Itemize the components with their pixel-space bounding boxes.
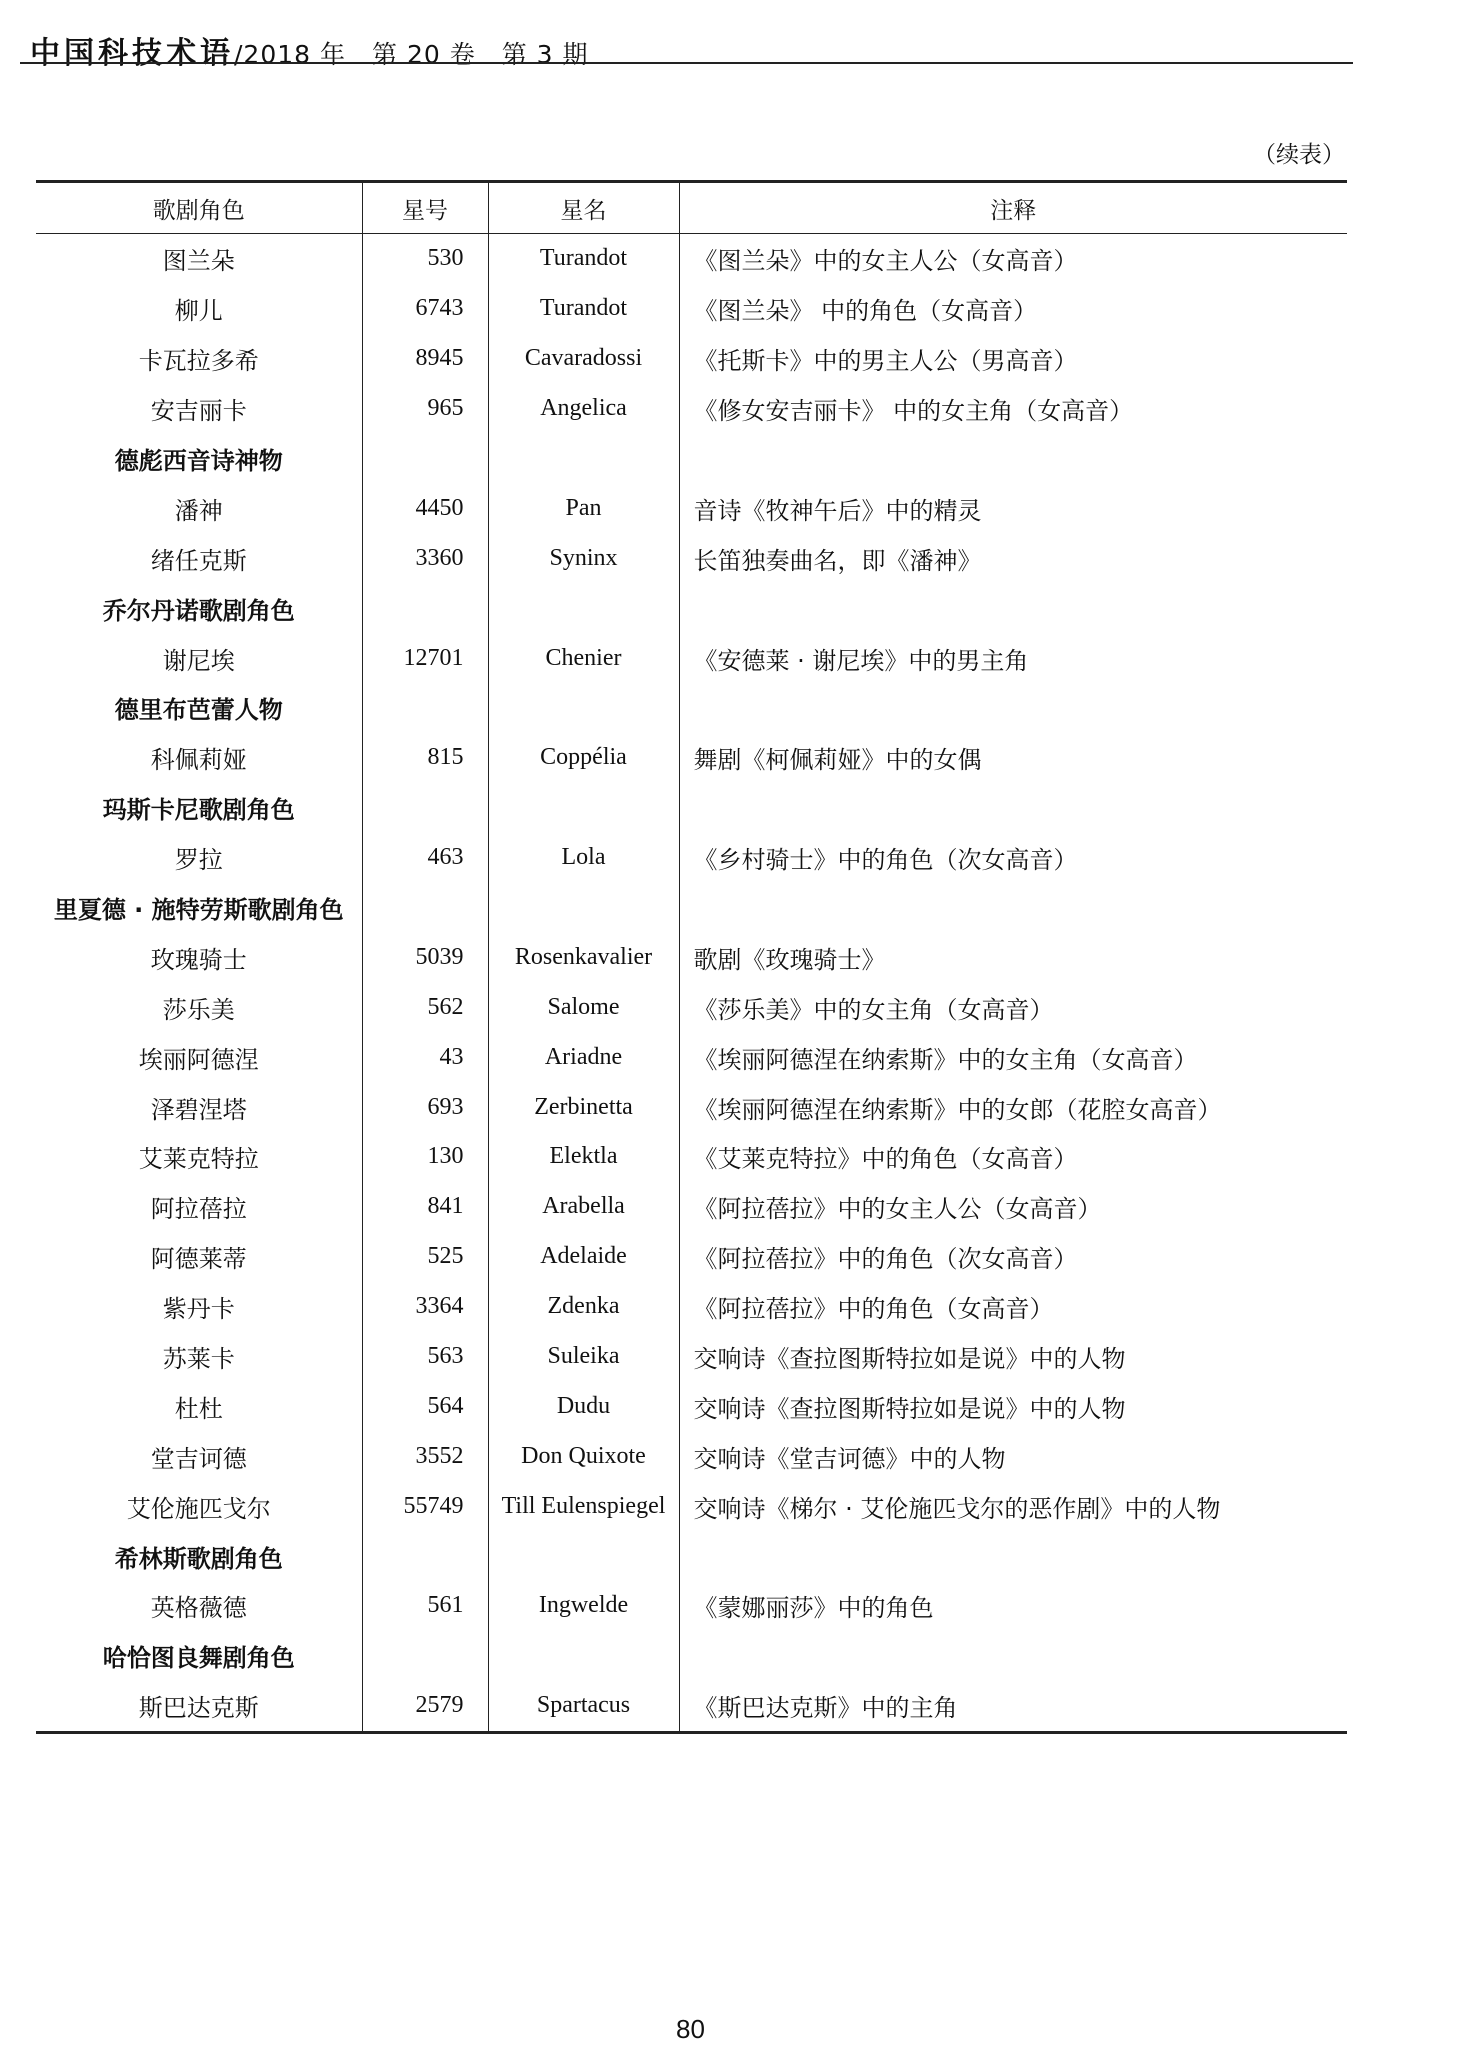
cell-name: Cavaradossi	[488, 334, 679, 384]
cell-role: 德彪西音诗神物	[36, 434, 362, 484]
cell-name	[488, 1531, 679, 1581]
cell-note: 《阿拉蓓拉》中的角色（次女高音）	[679, 1232, 1347, 1282]
cell-note: 《托斯卡》中的男主人公（男高音）	[679, 334, 1347, 384]
cell-note: 交响诗《查拉图斯特拉如是说》中的人物	[679, 1381, 1347, 1431]
cell-role: 阿德莱蒂	[36, 1232, 362, 1282]
cell-number: 4450	[362, 483, 488, 533]
table-row: 玫瑰骑士5039Rosenkavalier歌剧《玫瑰骑士》	[36, 932, 1347, 982]
cell-role: 泽碧涅塔	[36, 1082, 362, 1132]
cell-role: 杜杜	[36, 1381, 362, 1431]
cell-note: 歌剧《玫瑰骑士》	[679, 932, 1347, 982]
cell-role: 斯巴达克斯	[36, 1681, 362, 1732]
opera-asteroid-table: 歌剧角色 星号 星名 注释 图兰朵530Turandot《图兰朵》中的女主人公（…	[36, 180, 1347, 1734]
cell-number	[362, 683, 488, 733]
cell-name: Arabella	[488, 1182, 679, 1232]
cell-note: 《斯巴达克斯》中的主角	[679, 1681, 1347, 1732]
cell-note: 《阿拉蓓拉》中的角色（女高音）	[679, 1282, 1347, 1332]
cell-role: 乔尔丹诺歌剧角色	[36, 583, 362, 633]
cell-note	[679, 883, 1347, 933]
table-group-row: 德彪西音诗神物	[36, 434, 1347, 484]
table-row: 泽碧涅塔693Zerbinetta《埃丽阿德涅在纳索斯》中的女郎（花腔女高音）	[36, 1082, 1347, 1132]
continued-label: （续表）	[1253, 136, 1345, 169]
cell-note: 长笛独奏曲名，即《潘神》	[679, 533, 1347, 583]
cell-number: 525	[362, 1232, 488, 1282]
cell-number: 530	[362, 234, 488, 284]
table-row: 卡瓦拉多希8945Cavaradossi《托斯卡》中的男主人公（男高音）	[36, 334, 1347, 384]
cell-number: 3360	[362, 533, 488, 583]
cell-role: 玫瑰骑士	[36, 932, 362, 982]
cell-number: 55749	[362, 1481, 488, 1531]
cell-number: 562	[362, 982, 488, 1032]
cell-role: 堂吉诃德	[36, 1431, 362, 1481]
cell-name: Syninx	[488, 533, 679, 583]
table-body: 图兰朵530Turandot《图兰朵》中的女主人公（女高音）柳儿6743Tura…	[36, 234, 1347, 1733]
cell-role: 科佩莉娅	[36, 733, 362, 783]
cell-number: 2579	[362, 1681, 488, 1732]
column-header-role: 歌剧角色	[36, 182, 362, 234]
table-row: 紫丹卡3364Zdenka《阿拉蓓拉》中的角色（女高音）	[36, 1282, 1347, 1332]
cell-note: 《图兰朵》中的女主人公（女高音）	[679, 234, 1347, 284]
cell-number: 841	[362, 1182, 488, 1232]
table-group-row: 玛斯卡尼歌剧角色	[36, 783, 1347, 833]
cell-number: 12701	[362, 633, 488, 683]
table-row: 罗拉463Lola《乡村骑士》中的角色（次女高音）	[36, 833, 1347, 883]
cell-number: 564	[362, 1381, 488, 1431]
cell-note	[679, 583, 1347, 633]
table-row: 柳儿6743Turandot《图兰朵》 中的角色（女高音）	[36, 284, 1347, 334]
table-row: 莎乐美562Salome《莎乐美》中的女主角（女高音）	[36, 982, 1347, 1032]
cell-name: Coppélia	[488, 733, 679, 783]
cell-number: 561	[362, 1581, 488, 1631]
cell-name: Ariadne	[488, 1032, 679, 1082]
table-group-row: 希林斯歌剧角色	[36, 1531, 1347, 1581]
cell-number: 693	[362, 1082, 488, 1132]
cell-name: Turandot	[488, 234, 679, 284]
cell-note: 《艾莱克特拉》中的角色（女高音）	[679, 1132, 1347, 1182]
table-row: 绪任克斯3360Syninx长笛独奏曲名，即《潘神》	[36, 533, 1347, 583]
cell-number: 3552	[362, 1431, 488, 1481]
cell-number: 563	[362, 1332, 488, 1382]
cell-name: Salome	[488, 982, 679, 1032]
cell-name: Dudu	[488, 1381, 679, 1431]
cell-number: 463	[362, 833, 488, 883]
cell-note: 交响诗《梯尔 · 艾伦施匹戈尔的恶作剧》中的人物	[679, 1481, 1347, 1531]
cell-number: 815	[362, 733, 488, 783]
column-header-note: 注释	[679, 182, 1347, 234]
cell-role: 莎乐美	[36, 982, 362, 1032]
cell-note: 交响诗《查拉图斯特拉如是说》中的人物	[679, 1332, 1347, 1382]
cell-note	[679, 1531, 1347, 1581]
journal-title: 中国科技术语	[30, 28, 234, 72]
cell-role: 英格薇德	[36, 1581, 362, 1631]
table-group-row: 德里布芭蕾人物	[36, 683, 1347, 733]
cell-role: 安吉丽卡	[36, 384, 362, 434]
table-row: 斯巴达克斯2579Spartacus《斯巴达克斯》中的主角	[36, 1681, 1347, 1732]
table-row: 苏莱卡563Suleika交响诗《查拉图斯特拉如是说》中的人物	[36, 1332, 1347, 1382]
cell-role: 紫丹卡	[36, 1282, 362, 1332]
cell-name: Rosenkavalier	[488, 932, 679, 982]
cell-name: Till Eulenspiegel	[488, 1481, 679, 1531]
cell-role: 玛斯卡尼歌剧角色	[36, 783, 362, 833]
cell-note	[679, 783, 1347, 833]
cell-role: 埃丽阿德涅	[36, 1032, 362, 1082]
cell-name: Turandot	[488, 284, 679, 334]
cell-name	[488, 683, 679, 733]
cell-note	[679, 1631, 1347, 1681]
cell-name: Zerbinetta	[488, 1082, 679, 1132]
cell-note: 《图兰朵》 中的角色（女高音）	[679, 284, 1347, 334]
cell-name: Pan	[488, 483, 679, 533]
cell-number: 43	[362, 1032, 488, 1082]
cell-note: 交响诗《堂吉诃德》中的人物	[679, 1431, 1347, 1481]
cell-number: 8945	[362, 334, 488, 384]
cell-role: 里夏德 · 施特劳斯歌剧角色	[36, 883, 362, 933]
cell-number	[362, 1631, 488, 1681]
cell-name: Ingwelde	[488, 1581, 679, 1631]
cell-number: 3364	[362, 1282, 488, 1332]
cell-name: Don Quixote	[488, 1431, 679, 1481]
table-row: 堂吉诃德3552Don Quixote交响诗《堂吉诃德》中的人物	[36, 1431, 1347, 1481]
table-group-row: 哈恰图良舞剧角色	[36, 1631, 1347, 1681]
cell-name	[488, 1631, 679, 1681]
cell-note: 音诗《牧神午后》中的精灵	[679, 483, 1347, 533]
issue-info: /2018 年 第 20 卷 第 3 期	[234, 35, 589, 71]
table-row: 图兰朵530Turandot《图兰朵》中的女主人公（女高音）	[36, 234, 1347, 284]
cell-name	[488, 434, 679, 484]
cell-role: 苏莱卡	[36, 1332, 362, 1382]
cell-name: Elektla	[488, 1132, 679, 1182]
header-rule	[20, 62, 1353, 64]
table-group-row: 乔尔丹诺歌剧角色	[36, 583, 1347, 633]
cell-note: 《埃丽阿德涅在纳索斯》中的女郎（花腔女高音）	[679, 1082, 1347, 1132]
cell-note: 《阿拉蓓拉》中的女主人公（女高音）	[679, 1182, 1347, 1232]
cell-note: 《埃丽阿德涅在纳索斯》中的女主角（女高音）	[679, 1032, 1347, 1082]
table-row: 艾伦施匹戈尔55749Till Eulenspiegel交响诗《梯尔 · 艾伦施…	[36, 1481, 1347, 1531]
cell-number	[362, 583, 488, 633]
table-row: 潘神4450Pan音诗《牧神午后》中的精灵	[36, 483, 1347, 533]
cell-number: 130	[362, 1132, 488, 1182]
cell-role: 潘神	[36, 483, 362, 533]
cell-name: Zdenka	[488, 1282, 679, 1332]
cell-name: Spartacus	[488, 1681, 679, 1732]
cell-note: 《修女安吉丽卡》 中的女主角（女高音）	[679, 384, 1347, 434]
table-row: 英格薇德561Ingwelde《蒙娜丽莎》中的角色	[36, 1581, 1347, 1631]
cell-note: 《蒙娜丽莎》中的角色	[679, 1581, 1347, 1631]
cell-role: 绪任克斯	[36, 533, 362, 583]
cell-name: Angelica	[488, 384, 679, 434]
cell-role: 阿拉蓓拉	[36, 1182, 362, 1232]
table-row: 科佩莉娅815Coppélia舞剧《柯佩莉娅》中的女偶	[36, 733, 1347, 783]
table-row: 谢尼埃12701Chenier《安德莱 · 谢尼埃》中的男主角	[36, 633, 1347, 683]
cell-role: 哈恰图良舞剧角色	[36, 1631, 362, 1681]
cell-number	[362, 883, 488, 933]
table-row: 阿德莱蒂525Adelaide《阿拉蓓拉》中的角色（次女高音）	[36, 1232, 1347, 1282]
cell-number	[362, 434, 488, 484]
table-row: 杜杜564Dudu交响诗《查拉图斯特拉如是说》中的人物	[36, 1381, 1347, 1431]
cell-role: 艾莱克特拉	[36, 1132, 362, 1182]
column-header-name: 星名	[488, 182, 679, 234]
cell-note: 《安德莱 · 谢尼埃》中的男主角	[679, 633, 1347, 683]
cell-role: 图兰朵	[36, 234, 362, 284]
cell-role: 谢尼埃	[36, 633, 362, 683]
cell-note: 《乡村骑士》中的角色（次女高音）	[679, 833, 1347, 883]
table-row: 阿拉蓓拉841Arabella《阿拉蓓拉》中的女主人公（女高音）	[36, 1182, 1347, 1232]
cell-note: 舞剧《柯佩莉娅》中的女偶	[679, 733, 1347, 783]
cell-name: Lola	[488, 833, 679, 883]
cell-role: 卡瓦拉多希	[36, 334, 362, 384]
cell-note: 《莎乐美》中的女主角（女高音）	[679, 982, 1347, 1032]
table-row: 埃丽阿德涅43Ariadne《埃丽阿德涅在纳索斯》中的女主角（女高音）	[36, 1032, 1347, 1082]
running-head: 中国科技术语 /2018 年 第 20 卷 第 3 期	[30, 28, 589, 72]
table-group-row: 里夏德 · 施特劳斯歌剧角色	[36, 883, 1347, 933]
cell-number: 6743	[362, 284, 488, 334]
cell-name: Adelaide	[488, 1232, 679, 1282]
cell-number: 5039	[362, 932, 488, 982]
cell-role: 德里布芭蕾人物	[36, 683, 362, 733]
column-header-number: 星号	[362, 182, 488, 234]
cell-name	[488, 583, 679, 633]
table-row: 艾莱克特拉130Elektla《艾莱克特拉》中的角色（女高音）	[36, 1132, 1347, 1182]
cell-number	[362, 1531, 488, 1581]
cell-name: Suleika	[488, 1332, 679, 1382]
cell-name	[488, 883, 679, 933]
cell-role: 罗拉	[36, 833, 362, 883]
cell-name: Chenier	[488, 633, 679, 683]
table-row: 安吉丽卡965Angelica《修女安吉丽卡》 中的女主角（女高音）	[36, 384, 1347, 434]
table-header-row: 歌剧角色 星号 星名 注释	[36, 182, 1347, 234]
cell-number: 965	[362, 384, 488, 434]
cell-note	[679, 683, 1347, 733]
page-number: 80	[676, 2014, 705, 2045]
cell-note	[679, 434, 1347, 484]
cell-role: 柳儿	[36, 284, 362, 334]
cell-role: 希林斯歌剧角色	[36, 1531, 362, 1581]
cell-role: 艾伦施匹戈尔	[36, 1481, 362, 1531]
cell-number	[362, 783, 488, 833]
cell-name	[488, 783, 679, 833]
